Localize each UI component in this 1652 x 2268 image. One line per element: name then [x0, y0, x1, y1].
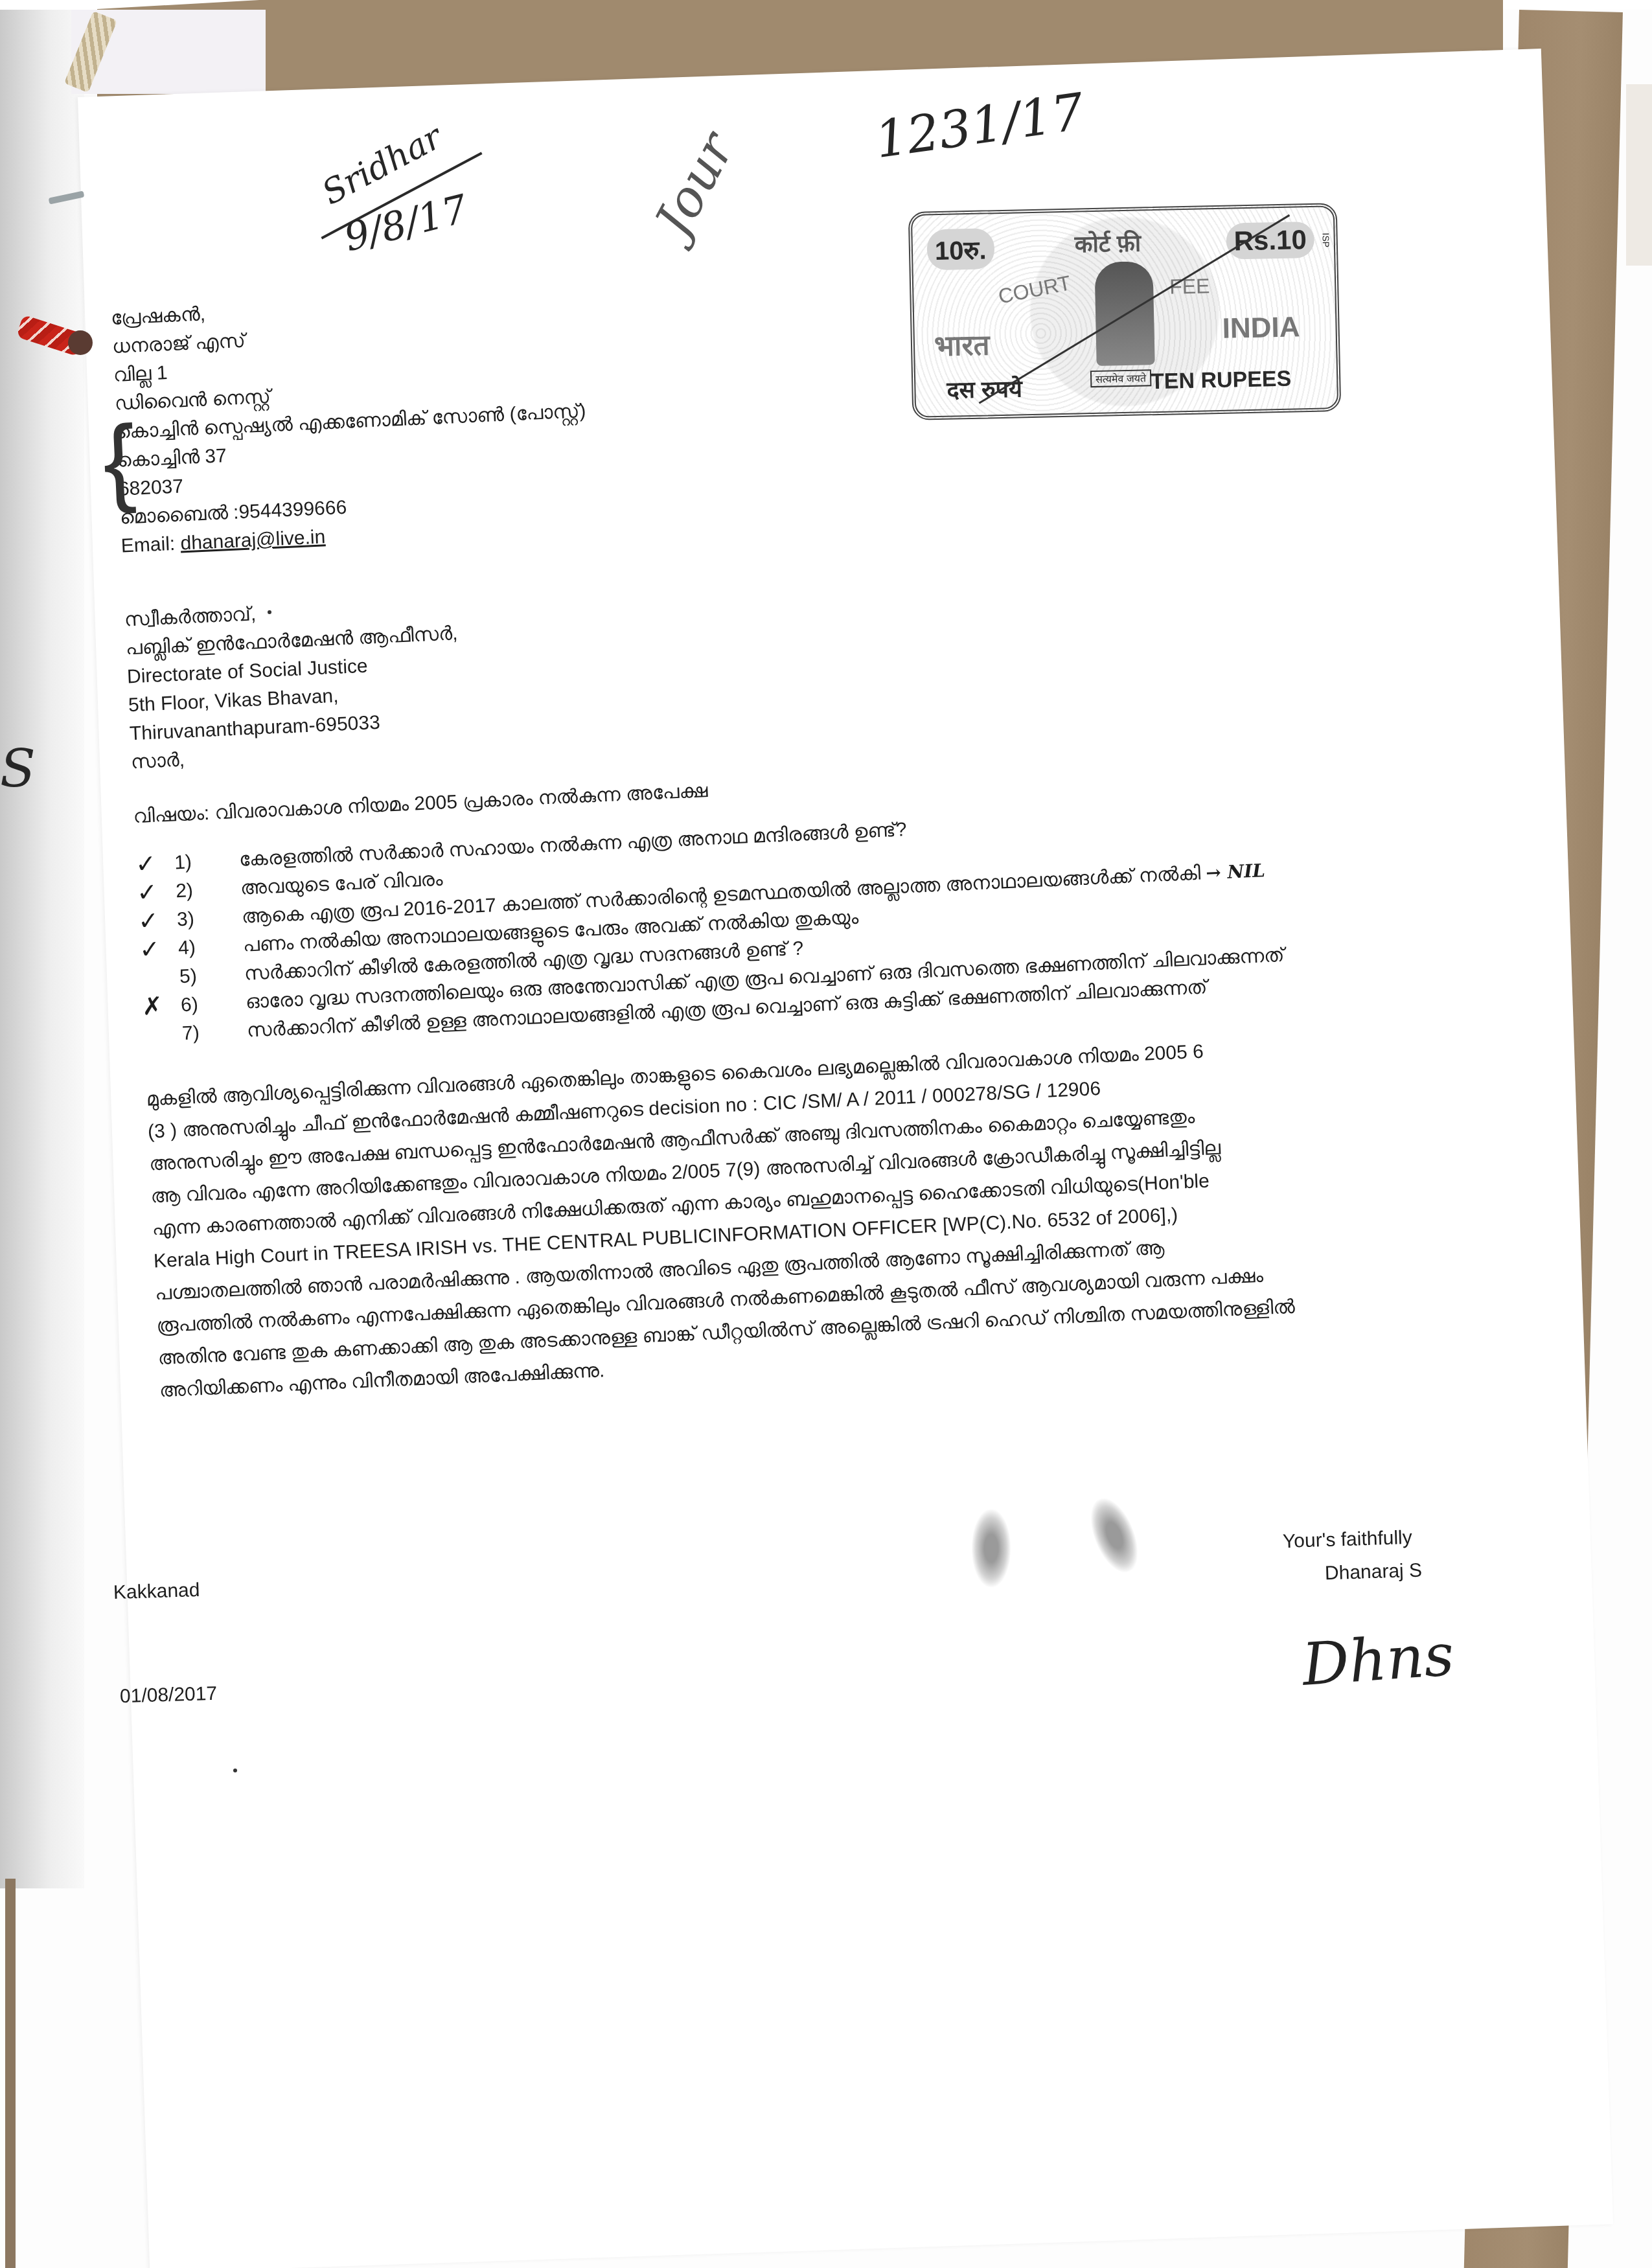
stamp-code: ISP	[1321, 233, 1331, 247]
cross-mark-icon: ✗	[141, 992, 168, 1022]
ink-dot	[233, 1769, 237, 1772]
brace-mark: {	[101, 414, 137, 506]
email-label: Email:	[120, 533, 181, 556]
signature: Dhns	[1300, 1621, 1456, 1699]
question-number: 1)	[174, 846, 240, 877]
check-mark-icon: ✓	[139, 935, 166, 965]
signer-name: Dhanaraj S	[1325, 1560, 1423, 1585]
folder-edge	[5, 1879, 16, 2268]
question-number: 2)	[175, 875, 241, 906]
stamp-title-hindi: कोर्ट फ़ी	[1074, 226, 1141, 259]
binding-shadow	[0, 10, 84, 1888]
check-mark-icon: ✓	[137, 906, 165, 936]
margin-mark: S	[0, 739, 36, 799]
question-number: 5)	[179, 960, 245, 991]
thumbprint-icon	[972, 1509, 1011, 1587]
ink-dot	[268, 610, 271, 614]
valediction: Your's faithfully	[1283, 1527, 1413, 1553]
stamp-value-hindi: 10रु.	[926, 228, 994, 270]
check-mark-icon: ✓	[136, 878, 163, 908]
letter-content: പ്രേഷകൻ, ധനരാജ് എസ് വില്ല 1 ഡിവൈൻ നെസ്റ്…	[110, 246, 1454, 1409]
check-mark-icon: ✓	[135, 849, 162, 879]
place: Kakkanad	[113, 1579, 200, 1604]
paper-tag	[1626, 84, 1652, 266]
pin-head-icon	[68, 330, 93, 355]
mobile-number: 9544399666	[238, 497, 347, 523]
question-number: 4)	[178, 932, 244, 963]
question-number: 6)	[180, 989, 246, 1020]
letter-date: 01/08/2017	[120, 1683, 218, 1708]
handwritten-note: → NIL	[1206, 860, 1266, 884]
email-link[interactable]: dhanaraj@live.in	[180, 526, 326, 554]
body-paragraph: മുകളിൽ ആവിശ്യപ്പെട്ടിരിക്കുന്ന വിവരങ്ങൾ …	[146, 1027, 1455, 1409]
question-number: 3)	[176, 903, 242, 934]
question-number: 7)	[181, 1017, 247, 1048]
question-list: { ✓ 1)കേരളത്തിൽ സർക്കാർ സഹായം നൽകുന്ന എത…	[174, 792, 1438, 1048]
